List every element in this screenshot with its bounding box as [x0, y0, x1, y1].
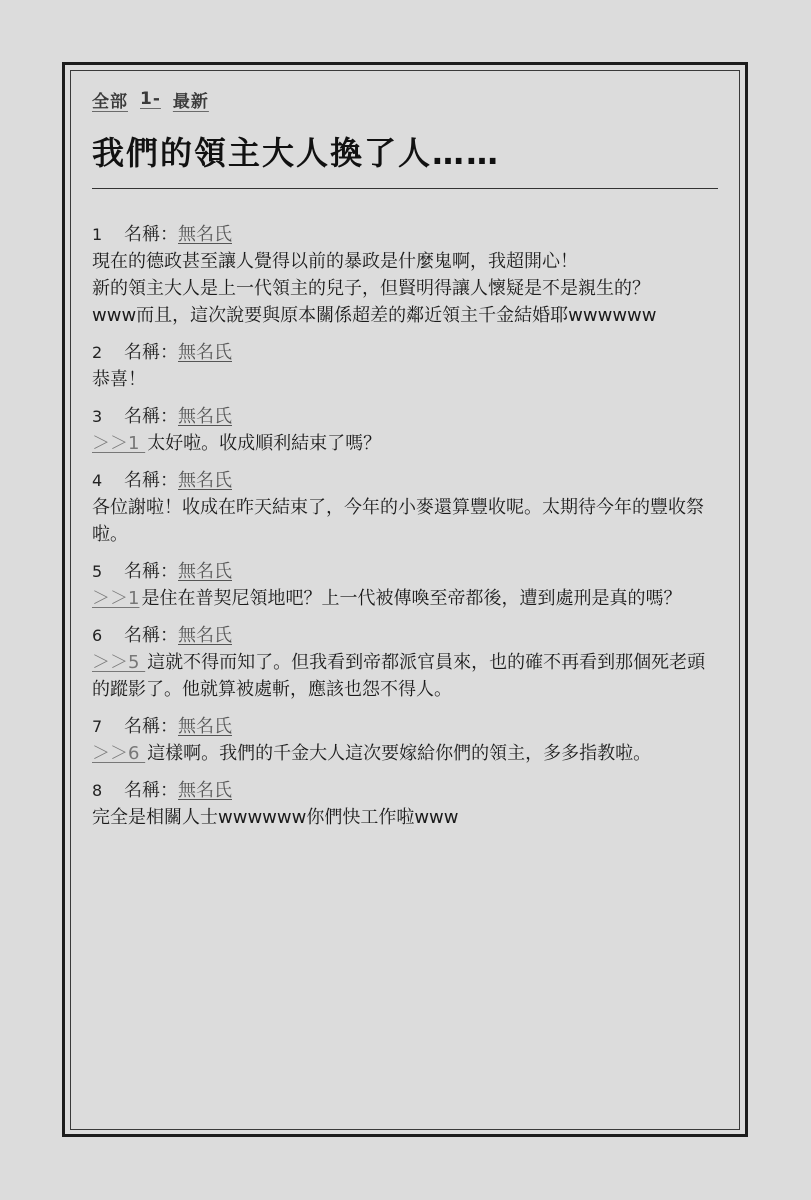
- post-body-line: 現在的德政甚至讓人覺得以前的暴政是什麼鬼啊，我超開心！: [92, 248, 722, 275]
- post-header: 6 名稱： 無名氏: [92, 622, 722, 649]
- post-name-label: 名稱：: [124, 777, 178, 804]
- post-header: 3 名稱： 無名氏: [92, 403, 722, 430]
- post-number: 2: [92, 339, 124, 366]
- post-body: 現在的德政甚至讓人覺得以前的暴政是什麼鬼啊，我超開心！ 新的領主大人是上一代領主…: [92, 248, 722, 329]
- thread-title: 我們的領主大人換了人……: [92, 126, 722, 180]
- post-number: 7: [92, 713, 124, 740]
- post-body-text: 完全是相關人士wwwwww你們快工作啦www: [92, 807, 459, 828]
- post-author-link[interactable]: 無名氏: [178, 339, 232, 366]
- post-item: 8 名稱： 無名氏 完全是相關人士wwwwww你們快工作啦www: [92, 777, 722, 831]
- post-item: 1 名稱： 無名氏 現在的德政甚至讓人覺得以前的暴政是什麼鬼啊，我超開心！ 新的…: [92, 221, 722, 329]
- post-body-line: 新的領主大人是上一代領主的兒子，但賢明得讓人懷疑是不是親生的？: [92, 275, 722, 302]
- post-body-text: 是住在普契尼領地吧？上一代被傳喚至帝都後，遭到處刑是真的嗎？: [141, 588, 681, 609]
- post-body: 各位謝啦！收成在昨天結束了，今年的小麥還算豐收呢。太期待今年的豐收祭啦。: [92, 494, 722, 548]
- post-body: 恭喜！: [92, 366, 722, 393]
- thread-container: 全部 1- 最新 我們的領主大人換了人…… 1 名稱： 無名氏 現在的德政甚至讓…: [92, 84, 722, 841]
- post-author-link[interactable]: 無名氏: [178, 221, 232, 248]
- post-header: 7 名稱： 無名氏: [92, 713, 722, 740]
- post-item: 4 名稱： 無名氏 各位謝啦！收成在昨天結束了，今年的小麥還算豐收呢。太期待今年…: [92, 467, 722, 548]
- post-header: 5 名稱： 無名氏: [92, 558, 722, 585]
- post-body-text: 恭喜！: [92, 369, 146, 390]
- post-name-label: 名稱：: [124, 403, 178, 430]
- post-name-label: 名稱：: [124, 713, 178, 740]
- post-header: 1 名稱： 無名氏: [92, 221, 722, 248]
- post-number: 4: [92, 467, 124, 494]
- nav-all-link[interactable]: 全部: [92, 87, 128, 112]
- post-item: 7 名稱： 無名氏 ＞＞6 這樣啊。我們的千金大人這次要嫁給你們的領主，多多指教…: [92, 713, 722, 767]
- post-item: 3 名稱： 無名氏 ＞＞1 太好啦。收成順利結束了嗎？: [92, 403, 722, 457]
- reply-anchor-link[interactable]: ＞＞6: [92, 743, 145, 764]
- reply-anchor-link[interactable]: ＞＞1: [92, 588, 139, 609]
- nav-latest-link[interactable]: 最新: [173, 87, 209, 112]
- post-name-label: 名稱：: [124, 622, 178, 649]
- post-body: ＞＞6 這樣啊。我們的千金大人這次要嫁給你們的領主，多多指教啦。: [92, 740, 722, 767]
- post-body-text: 太好啦。收成順利結束了嗎？: [147, 433, 381, 454]
- post-name-label: 名稱：: [124, 339, 178, 366]
- post-author-link[interactable]: 無名氏: [178, 403, 232, 430]
- title-divider: [92, 188, 718, 189]
- post-body-line: www而且，這次說要與原本關係超差的鄰近領主千金結婚耶wwwwww: [92, 302, 722, 329]
- post-author-link[interactable]: 無名氏: [178, 713, 232, 740]
- reply-anchor-link[interactable]: ＞＞1: [92, 433, 145, 454]
- post-item: 2 名稱： 無名氏 恭喜！: [92, 339, 722, 393]
- post-list: 1 名稱： 無名氏 現在的德政甚至讓人覺得以前的暴政是什麼鬼啊，我超開心！ 新的…: [92, 221, 722, 831]
- post-header: 2 名稱： 無名氏: [92, 339, 722, 366]
- post-name-label: 名稱：: [124, 467, 178, 494]
- post-name-label: 名稱：: [124, 558, 178, 585]
- post-number: 6: [92, 622, 124, 649]
- post-body-text: 各位謝啦！收成在昨天結束了，今年的小麥還算豐收呢。太期待今年的豐收祭啦。: [92, 497, 704, 545]
- post-author-link[interactable]: 無名氏: [178, 777, 232, 804]
- post-body-text: 這樣啊。我們的千金大人這次要嫁給你們的領主，多多指教啦。: [147, 743, 651, 764]
- post-body: ＞＞1是住在普契尼領地吧？上一代被傳喚至帝都後，遭到處刑是真的嗎？: [92, 585, 722, 612]
- post-item: 6 名稱： 無名氏 ＞＞5 這就不得而知了。但我看到帝都派官員來，也的確不再看到…: [92, 622, 722, 703]
- post-body-text: 這就不得而知了。但我看到帝都派官員來，也的確不再看到那個死老頭的蹤影了。他就算被…: [92, 652, 705, 700]
- post-name-label: 名稱：: [124, 221, 178, 248]
- post-header: 4 名稱： 無名氏: [92, 467, 722, 494]
- post-body: 完全是相關人士wwwwww你們快工作啦www: [92, 804, 722, 831]
- post-number: 8: [92, 777, 124, 804]
- thread-nav: 全部 1- 最新: [92, 84, 722, 114]
- post-number: 1: [92, 221, 124, 248]
- reply-anchor-link[interactable]: ＞＞5: [92, 652, 145, 673]
- post-body: ＞＞1 太好啦。收成順利結束了嗎？: [92, 430, 722, 457]
- post-author-link[interactable]: 無名氏: [178, 558, 232, 585]
- post-author-link[interactable]: 無名氏: [178, 467, 232, 494]
- post-number: 5: [92, 558, 124, 585]
- post-header: 8 名稱： 無名氏: [92, 777, 722, 804]
- post-item: 5 名稱： 無名氏 ＞＞1是住在普契尼領地吧？上一代被傳喚至帝都後，遭到處刑是真…: [92, 558, 722, 612]
- post-author-link[interactable]: 無名氏: [178, 622, 232, 649]
- post-number: 3: [92, 403, 124, 430]
- post-body: ＞＞5 這就不得而知了。但我看到帝都派官員來，也的確不再看到那個死老頭的蹤影了。…: [92, 649, 722, 703]
- nav-first-link[interactable]: 1-: [140, 89, 161, 109]
